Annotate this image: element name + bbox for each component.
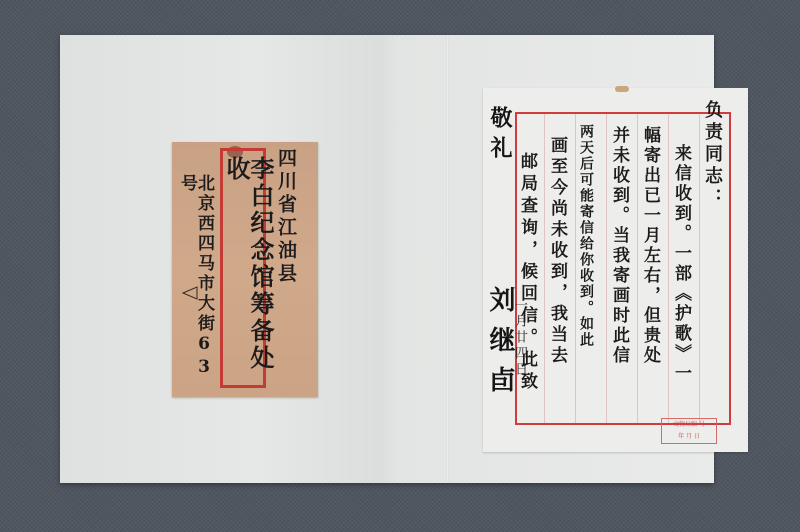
letter-signature: 刘继卣: [487, 286, 513, 406]
letter-column-3: 幅寄出已一月左右，但贵处: [641, 126, 658, 366]
album-page-right: 负责同志： 来信收到。一部《护歌》一 幅寄出已一月左右，但贵处 并未收到。当我寄…: [449, 35, 714, 483]
letter-sheet: 负责同志： 来信收到。一部《护歌》一 幅寄出已一月左右，但贵处 并未收到。当我寄…: [483, 88, 748, 452]
ruled-line: [668, 114, 669, 423]
stamp-line-2: 年 月 日: [662, 431, 716, 443]
envelope-recipient-line: 李白纪念馆筹备处收: [224, 156, 272, 397]
tape-mark: [615, 86, 629, 92]
album-spread: 四川省江油县 李白纪念馆筹备处收 北京西四马市大街63号 负责同志： 来信收到。…: [60, 35, 714, 483]
album-page-left: 四川省江油县 李白纪念馆筹备处收 北京西四马市大街63号: [60, 35, 447, 483]
triangle-mark-icon: [182, 286, 198, 300]
letter-column-5: 两天后可能寄信给你收到。如此: [579, 124, 593, 348]
envelope-address-line: 四川省江油县: [276, 148, 295, 286]
archive-stamp: 文物局编 号 年 月 日: [661, 418, 717, 444]
letter-red-frame: 负责同志： 来信收到。一部《护歌》一 幅寄出已一月左右，但贵处 并未收到。当我寄…: [515, 112, 731, 425]
ruled-line: [544, 114, 545, 423]
letter-column-2: 来信收到。一部《护歌》一: [672, 144, 689, 384]
ruled-line: [606, 114, 607, 423]
ruled-line: [575, 114, 576, 423]
letter-column-4: 并未收到。当我寄画时此信: [610, 126, 627, 366]
ruled-line: [699, 114, 700, 423]
envelope: 四川省江油县 李白纪念馆筹备处收 北京西四马市大街63号: [172, 142, 318, 397]
letter-column-6: 画至今尚未收到，我当去: [548, 136, 565, 367]
ruled-line: [637, 114, 638, 423]
stamp-line-1: 文物局编 号: [662, 419, 716, 431]
letter-date: 一月廿四日: [513, 298, 526, 378]
letter-column-1: 负责同志：: [703, 100, 721, 210]
letter-closing: 敬礼: [489, 106, 511, 166]
